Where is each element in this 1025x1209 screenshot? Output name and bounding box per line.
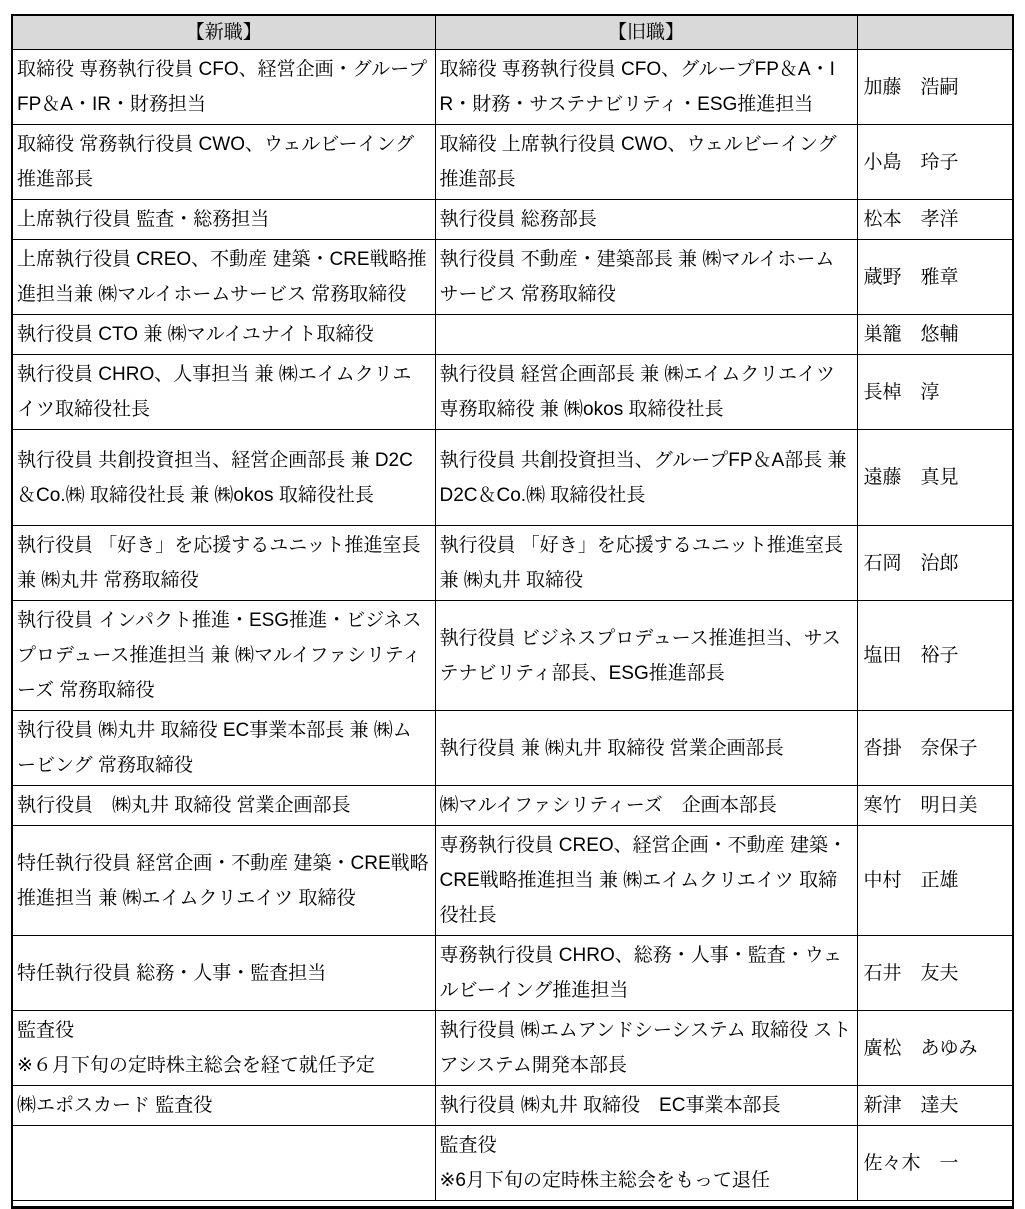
person-name-cell: 長棹 淳 [857,355,1012,430]
person-name-cell: 遠藤 真見 [857,430,1012,526]
person-name-cell: 佐々木 一 [857,1126,1012,1201]
new-position-cell: 執行役員 ㈱丸井 取締役 営業企画部長 [13,786,435,826]
table-body: 取締役 専務執行役員 CFO、経営企画・グループFP＆A・IR・財務担当 取締役… [13,50,1012,1201]
person-name-cell: 石井 友夫 [857,936,1012,1011]
table-row: 上席執行役員 監査・総務担当 執行役員 総務部長 松本 孝洋 [13,200,1012,240]
header-row: 【新職】 【旧職】 [13,16,1012,50]
person-name-cell: 松本 孝洋 [857,200,1012,240]
new-position-cell: 特任執行役員 経営企画・不動産 建築・CRE戦略推進担当 兼 ㈱エイムクリエイツ… [13,826,435,936]
header-new-position: 【新職】 [13,16,435,50]
person-name-cell: 沓掛 奈保子 [857,711,1012,786]
person-name-cell: 廣松 あゆみ [857,1011,1012,1086]
new-position-cell: 執行役員 CTO 兼 ㈱マルイユナイト取締役 [13,315,435,355]
old-position-cell: 取締役 上席執行役員 CWO、ウェルビーイング推進部長 [435,125,857,200]
person-name-cell: 巣籠 悠輔 [857,315,1012,355]
new-position-cell: 上席執行役員 CREO、不動産 建築・CRE戦略推進担当兼 ㈱マルイホームサービ… [13,240,435,315]
table-row: 取締役 専務執行役員 CFO、経営企画・グループFP＆A・IR・財務担当 取締役… [13,50,1012,125]
new-position-cell: ㈱エポスカード 監査役 [13,1086,435,1126]
old-position-cell: ㈱マルイファシリティーズ 企画本部長 [435,786,857,826]
table-row: ㈱エポスカード 監査役 執行役員 ㈱丸井 取締役 EC事業本部長 新津 達夫 [13,1086,1012,1126]
new-position-cell: 執行役員 インパクト推進・ESG推進・ビジネスプロデュース推進担当 兼 ㈱マルイ… [13,601,435,711]
appointments-table-outer-border: 【新職】 【旧職】 取締役 専務執行役員 CFO、経営企画・グループFP＆A・I… [11,14,1014,1209]
person-name-cell: 石岡 治郎 [857,526,1012,601]
table-row: 執行役員 ㈱丸井 取締役 営業企画部長 ㈱マルイファシリティーズ 企画本部長 寒… [13,786,1012,826]
document-page: 【新職】 【旧職】 取締役 専務執行役員 CFO、経営企画・グループFP＆A・I… [0,0,1025,1191]
new-position-cell: 執行役員 「好き」を応援するユニット推進室長 兼 ㈱丸井 常務取締役 [13,526,435,601]
appointments-table: 【新職】 【旧職】 取締役 専務執行役員 CFO、経営企画・グループFP＆A・I… [13,16,1012,1201]
new-position-cell: 監査役 ※６月下旬の定時株主総会を経て就任予定 [13,1011,435,1086]
table-row: 監査役 ※６月下旬の定時株主総会を経て就任予定 執行役員 ㈱エムアンドシーシステ… [13,1011,1012,1086]
old-position-cell: 取締役 専務執行役員 CFO、グループFP＆A・IR・財務・サステナビリティ・E… [435,50,857,125]
table-row: 取締役 常務執行役員 CWO、ウェルビーイング推進部長 取締役 上席執行役員 C… [13,125,1012,200]
table-row: 執行役員 インパクト推進・ESG推進・ビジネスプロデュース推進担当 兼 ㈱マルイ… [13,601,1012,711]
old-position-cell [435,315,857,355]
new-position-cell: 取締役 専務執行役員 CFO、経営企画・グループFP＆A・IR・財務担当 [13,50,435,125]
table-row: 執行役員 「好き」を応援するユニット推進室長 兼 ㈱丸井 常務取締役 執行役員 … [13,526,1012,601]
old-position-cell: 執行役員 総務部長 [435,200,857,240]
person-name-cell: 新津 達夫 [857,1086,1012,1126]
person-name-cell: 塩田 裕子 [857,601,1012,711]
new-position-cell [13,1126,435,1201]
new-position-cell: 執行役員 CHRO、人事担当 兼 ㈱エイムクリエイツ取締役社長 [13,355,435,430]
table-header: 【新職】 【旧職】 [13,16,1012,50]
table-row: 特任執行役員 経営企画・不動産 建築・CRE戦略推進担当 兼 ㈱エイムクリエイツ… [13,826,1012,936]
table-row: 執行役員 共創投資担当、経営企画部長 兼 D2C＆Co.㈱ 取締役社長 兼 ㈱o… [13,430,1012,526]
table-row: 執行役員 ㈱丸井 取締役 EC事業本部長 兼 ㈱ムービング 常務取締役 執行役員… [13,711,1012,786]
person-name-cell: 中村 正雄 [857,826,1012,936]
old-position-cell: 執行役員 共創投資担当、グループFP＆A部長 兼 D2C＆Co.㈱ 取締役社長 [435,430,857,526]
person-name-cell: 小島 玲子 [857,125,1012,200]
old-position-cell: 執行役員 ㈱エムアンドシーシステム 取締役 ストアシステム開発本部長 [435,1011,857,1086]
old-position-cell: 執行役員 経営企画部長 兼 ㈱エイムクリエイツ専務取締役 兼 ㈱okos 取締役… [435,355,857,430]
table-row: 上席執行役員 CREO、不動産 建築・CRE戦略推進担当兼 ㈱マルイホームサービ… [13,240,1012,315]
new-position-cell: 取締役 常務執行役員 CWO、ウェルビーイング推進部長 [13,125,435,200]
old-position-cell: 監査役 ※6月下旬の定時株主総会をもって退任 [435,1126,857,1201]
header-old-position: 【旧職】 [435,16,857,50]
header-name [857,16,1012,50]
person-name-cell: 蔵野 雅章 [857,240,1012,315]
new-position-cell: 上席執行役員 監査・総務担当 [13,200,435,240]
table-row: 監査役 ※6月下旬の定時株主総会をもって退任 佐々木 一 [13,1126,1012,1201]
table-row: 執行役員 CTO 兼 ㈱マルイユナイト取締役 巣籠 悠輔 [13,315,1012,355]
new-position-cell: 特任執行役員 総務・人事・監査担当 [13,936,435,1011]
person-name-cell: 寒竹 明日美 [857,786,1012,826]
table-row: 執行役員 CHRO、人事担当 兼 ㈱エイムクリエイツ取締役社長 執行役員 経営企… [13,355,1012,430]
new-position-cell: 執行役員 ㈱丸井 取締役 EC事業本部長 兼 ㈱ムービング 常務取締役 [13,711,435,786]
old-position-cell: 執行役員 ビジネスプロデュース推進担当、サステナビリティ部長、ESG推進部長 [435,601,857,711]
old-position-cell: 執行役員 ㈱丸井 取締役 EC事業本部長 [435,1086,857,1126]
old-position-cell: 執行役員 兼 ㈱丸井 取締役 営業企画部長 [435,711,857,786]
old-position-cell: 専務執行役員 CHRO、総務・人事・監査・ウェルビーイング推進担当 [435,936,857,1011]
old-position-cell: 執行役員 「好き」を応援するユニット推進室長 兼 ㈱丸井 取締役 [435,526,857,601]
old-position-cell: 執行役員 不動産・建築部長 兼 ㈱マルイホームサービス 常務取締役 [435,240,857,315]
old-position-cell: 専務執行役員 CREO、経営企画・不動産 建築・CRE戦略推進担当 兼 ㈱エイム… [435,826,857,936]
person-name-cell: 加藤 浩嗣 [857,50,1012,125]
new-position-cell: 執行役員 共創投資担当、経営企画部長 兼 D2C＆Co.㈱ 取締役社長 兼 ㈱o… [13,430,435,526]
table-row: 特任執行役員 総務・人事・監査担当 専務執行役員 CHRO、総務・人事・監査・ウ… [13,936,1012,1011]
